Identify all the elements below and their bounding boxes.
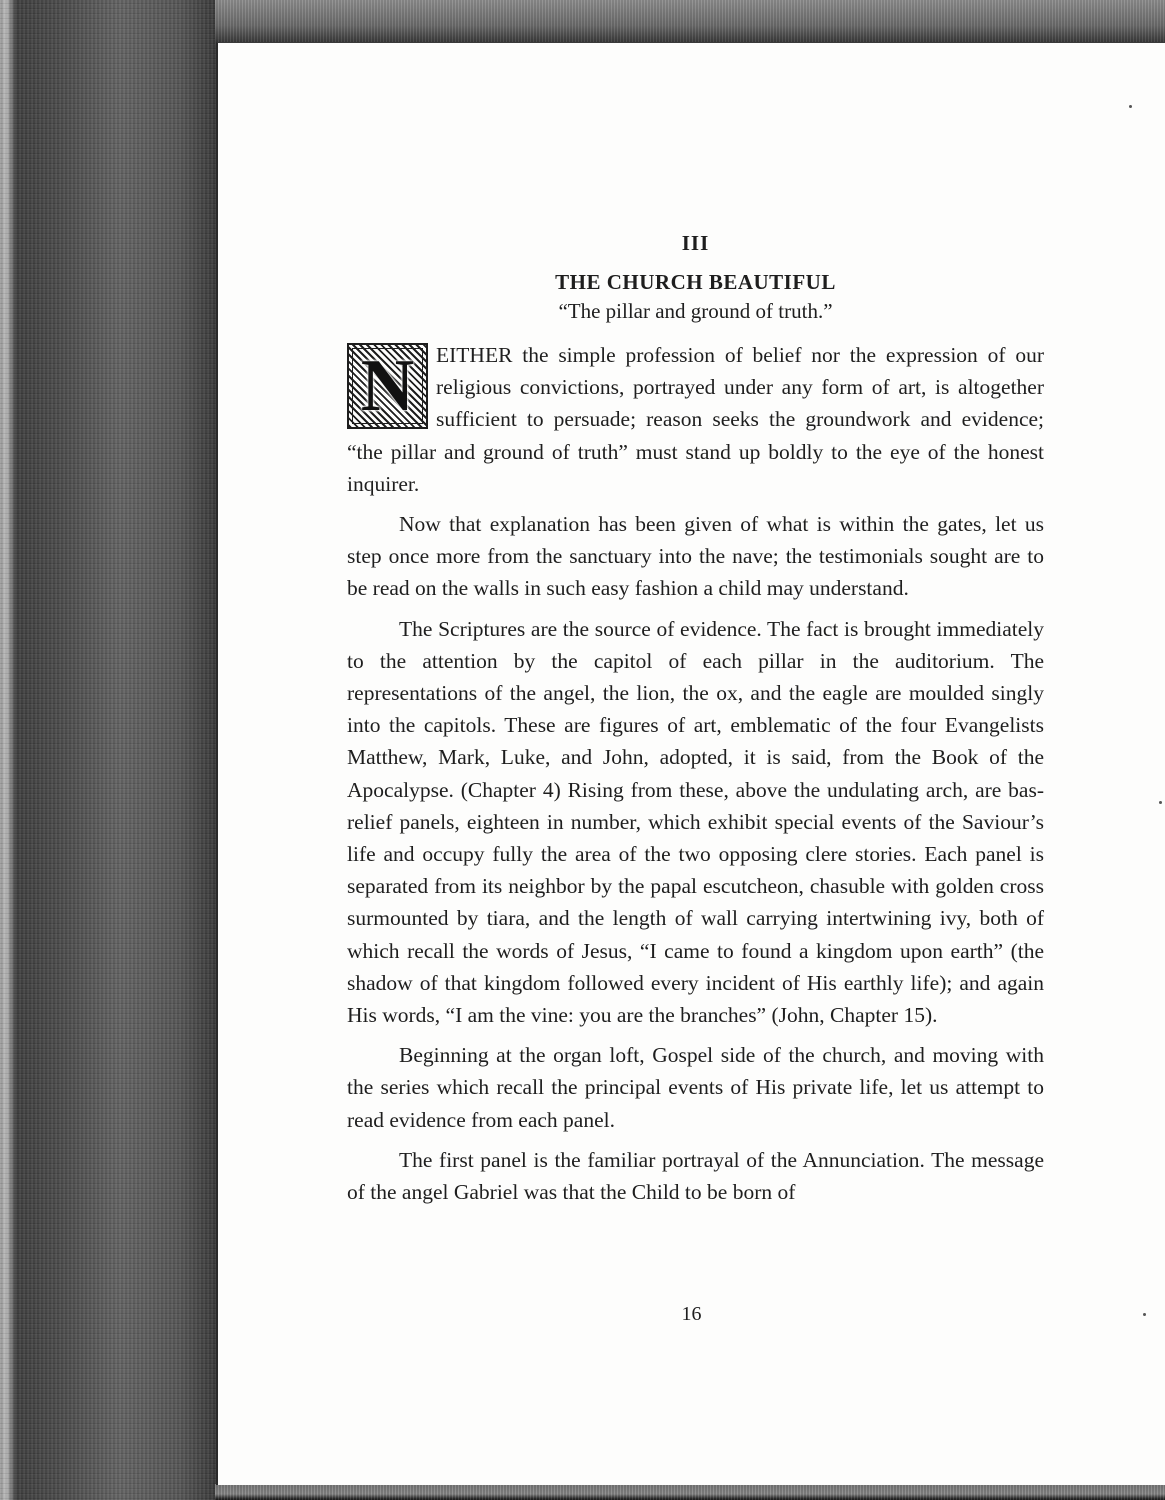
paragraph-1-text: EITHER the simple profession of belief n… — [347, 343, 1044, 496]
paragraph-4: Beginning at the organ loft, Gospel side… — [347, 1039, 1044, 1136]
scanner-bottom-edge — [215, 1484, 1165, 1500]
paragraph-2: Now that explanation has been given of w… — [347, 508, 1044, 605]
paragraph-5: The first panel is the familiar portraya… — [347, 1144, 1044, 1208]
paragraph-3: The Scriptures are the source of evidenc… — [347, 613, 1044, 1032]
page-number: 16 — [218, 1303, 1165, 1326]
chapter-number: III — [347, 231, 1044, 255]
book-page: III THE CHURCH BEAUTIFUL “The pillar and… — [216, 42, 1165, 1485]
scan-speck — [1159, 801, 1162, 804]
page-content: III THE CHURCH BEAUTIFUL “The pillar and… — [347, 231, 1044, 1208]
drop-cap-letter: N — [349, 345, 426, 427]
paragraph-1: N EITHER the simple profession of belief… — [347, 339, 1044, 500]
scan-speck — [1129, 105, 1132, 108]
epigraph: “The pillar and ground of truth.” — [347, 297, 1044, 325]
chapter-title: THE CHURCH BEAUTIFUL — [347, 269, 1044, 295]
scanner-top-edge — [215, 0, 1165, 44]
ornamental-drop-cap-icon: N — [347, 343, 428, 429]
